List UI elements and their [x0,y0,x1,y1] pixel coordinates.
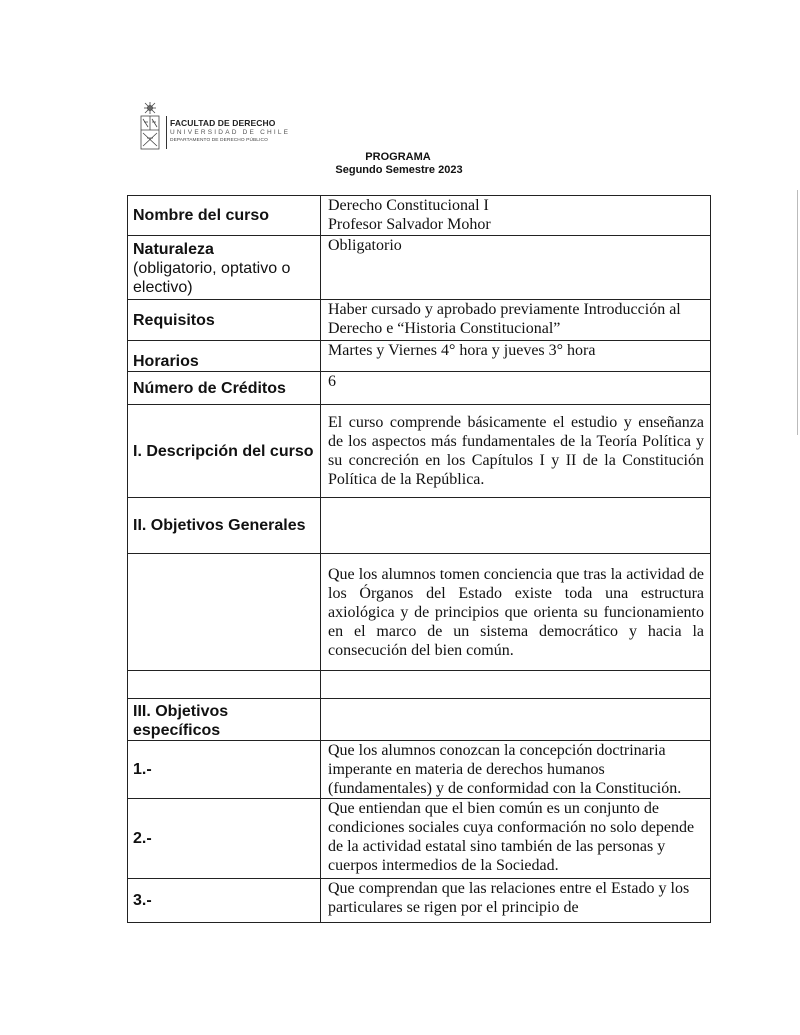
row-requisitos: Requisitos Haber cursado y aprobado prev… [128,300,711,341]
row-creditos: Número de Créditos 6 [128,372,711,405]
label-nombre: Nombre del curso [133,207,269,224]
objective-text-3: Que comprendan que las relaciones entre … [321,879,711,923]
faculty-logo: FACULTAD DE DERECHO UNIVERSIDAD DE CHILE… [139,100,339,152]
value-professor: Profesor Salvador Mohor [328,215,704,234]
objective-number-1: 1.- [133,761,152,778]
row-spacer [128,671,711,699]
value-naturaleza: Obligatorio [321,236,711,300]
scan-edge-line [797,190,798,435]
row-horarios: Horarios Martes y Viernes 4° hora y juev… [128,341,711,372]
label-objetivos-generales: II. Objetivos Generales [133,517,306,534]
university-crest-icon [139,100,161,152]
value-objetivos-generales [321,498,711,554]
value-requisitos: Haber cursado y aprobado previamente Int… [321,300,711,341]
document-title: PROGRAMA [0,151,798,164]
row-naturaleza: Naturaleza (obligatorio, optativo o elec… [128,236,711,300]
objective-number-2: 2.- [133,830,152,847]
row-descripcion: I. Descripción del curso El curso compre… [128,405,711,498]
value-creditos: 6 [321,372,711,405]
objective-text-1: Que los alumnos conozcan la concepción d… [321,741,711,799]
label-naturaleza: Naturaleza [133,241,214,258]
label-descripcion: I. Descripción del curso [133,443,314,460]
label-requisitos: Requisitos [133,312,215,329]
row-objetivo-3: 3.- Que comprendan que las relaciones en… [128,879,711,923]
program-table: Nombre del curso Derecho Constitucional … [127,195,711,923]
value-descripcion: El curso comprende básicamente el estudi… [321,405,711,498]
row-objetivo-1: 1.- Que los alumnos conozcan la concepci… [128,741,711,799]
value-objetivo-general-texto: Que los alumnos tomen conciencia que tra… [321,554,711,671]
row-objetivo-2: 2.- Que entiendan que el bien común es u… [128,799,711,879]
row-objetivo-general-detalle: Que los alumnos tomen conciencia que tra… [128,554,711,671]
row-nombre: Nombre del curso Derecho Constitucional … [128,196,711,236]
label-objetivos-especificos: III. Objetivos específicos [133,703,228,739]
logo-university-name: UNIVERSIDAD DE CHILE [170,128,290,137]
logo-faculty-name: FACULTAD DE DERECHO [170,118,290,128]
label-naturaleza-hint: (obligatorio, optativo o electivo) [133,259,316,297]
objective-text-2: Que entiendan que el bien común es un co… [321,799,711,879]
logo-department-name: DEPARTAMENTO DE DERECHO PÚBLICO [170,137,290,145]
row-objetivos-especificos: III. Objetivos específicos [128,699,711,741]
document-subtitle: Segundo Semestre 2023 [0,164,799,177]
value-course-name: Derecho Constitucional I [328,196,704,215]
objective-number-3: 3.- [133,892,152,909]
value-horarios: Martes y Viernes 4° hora y jueves 3° hor… [321,341,711,372]
label-creditos: Número de Créditos [133,380,286,397]
label-horarios: Horarios [133,353,199,370]
logo-divider [166,116,167,149]
row-objetivos-generales: II. Objetivos Generales [128,498,711,554]
